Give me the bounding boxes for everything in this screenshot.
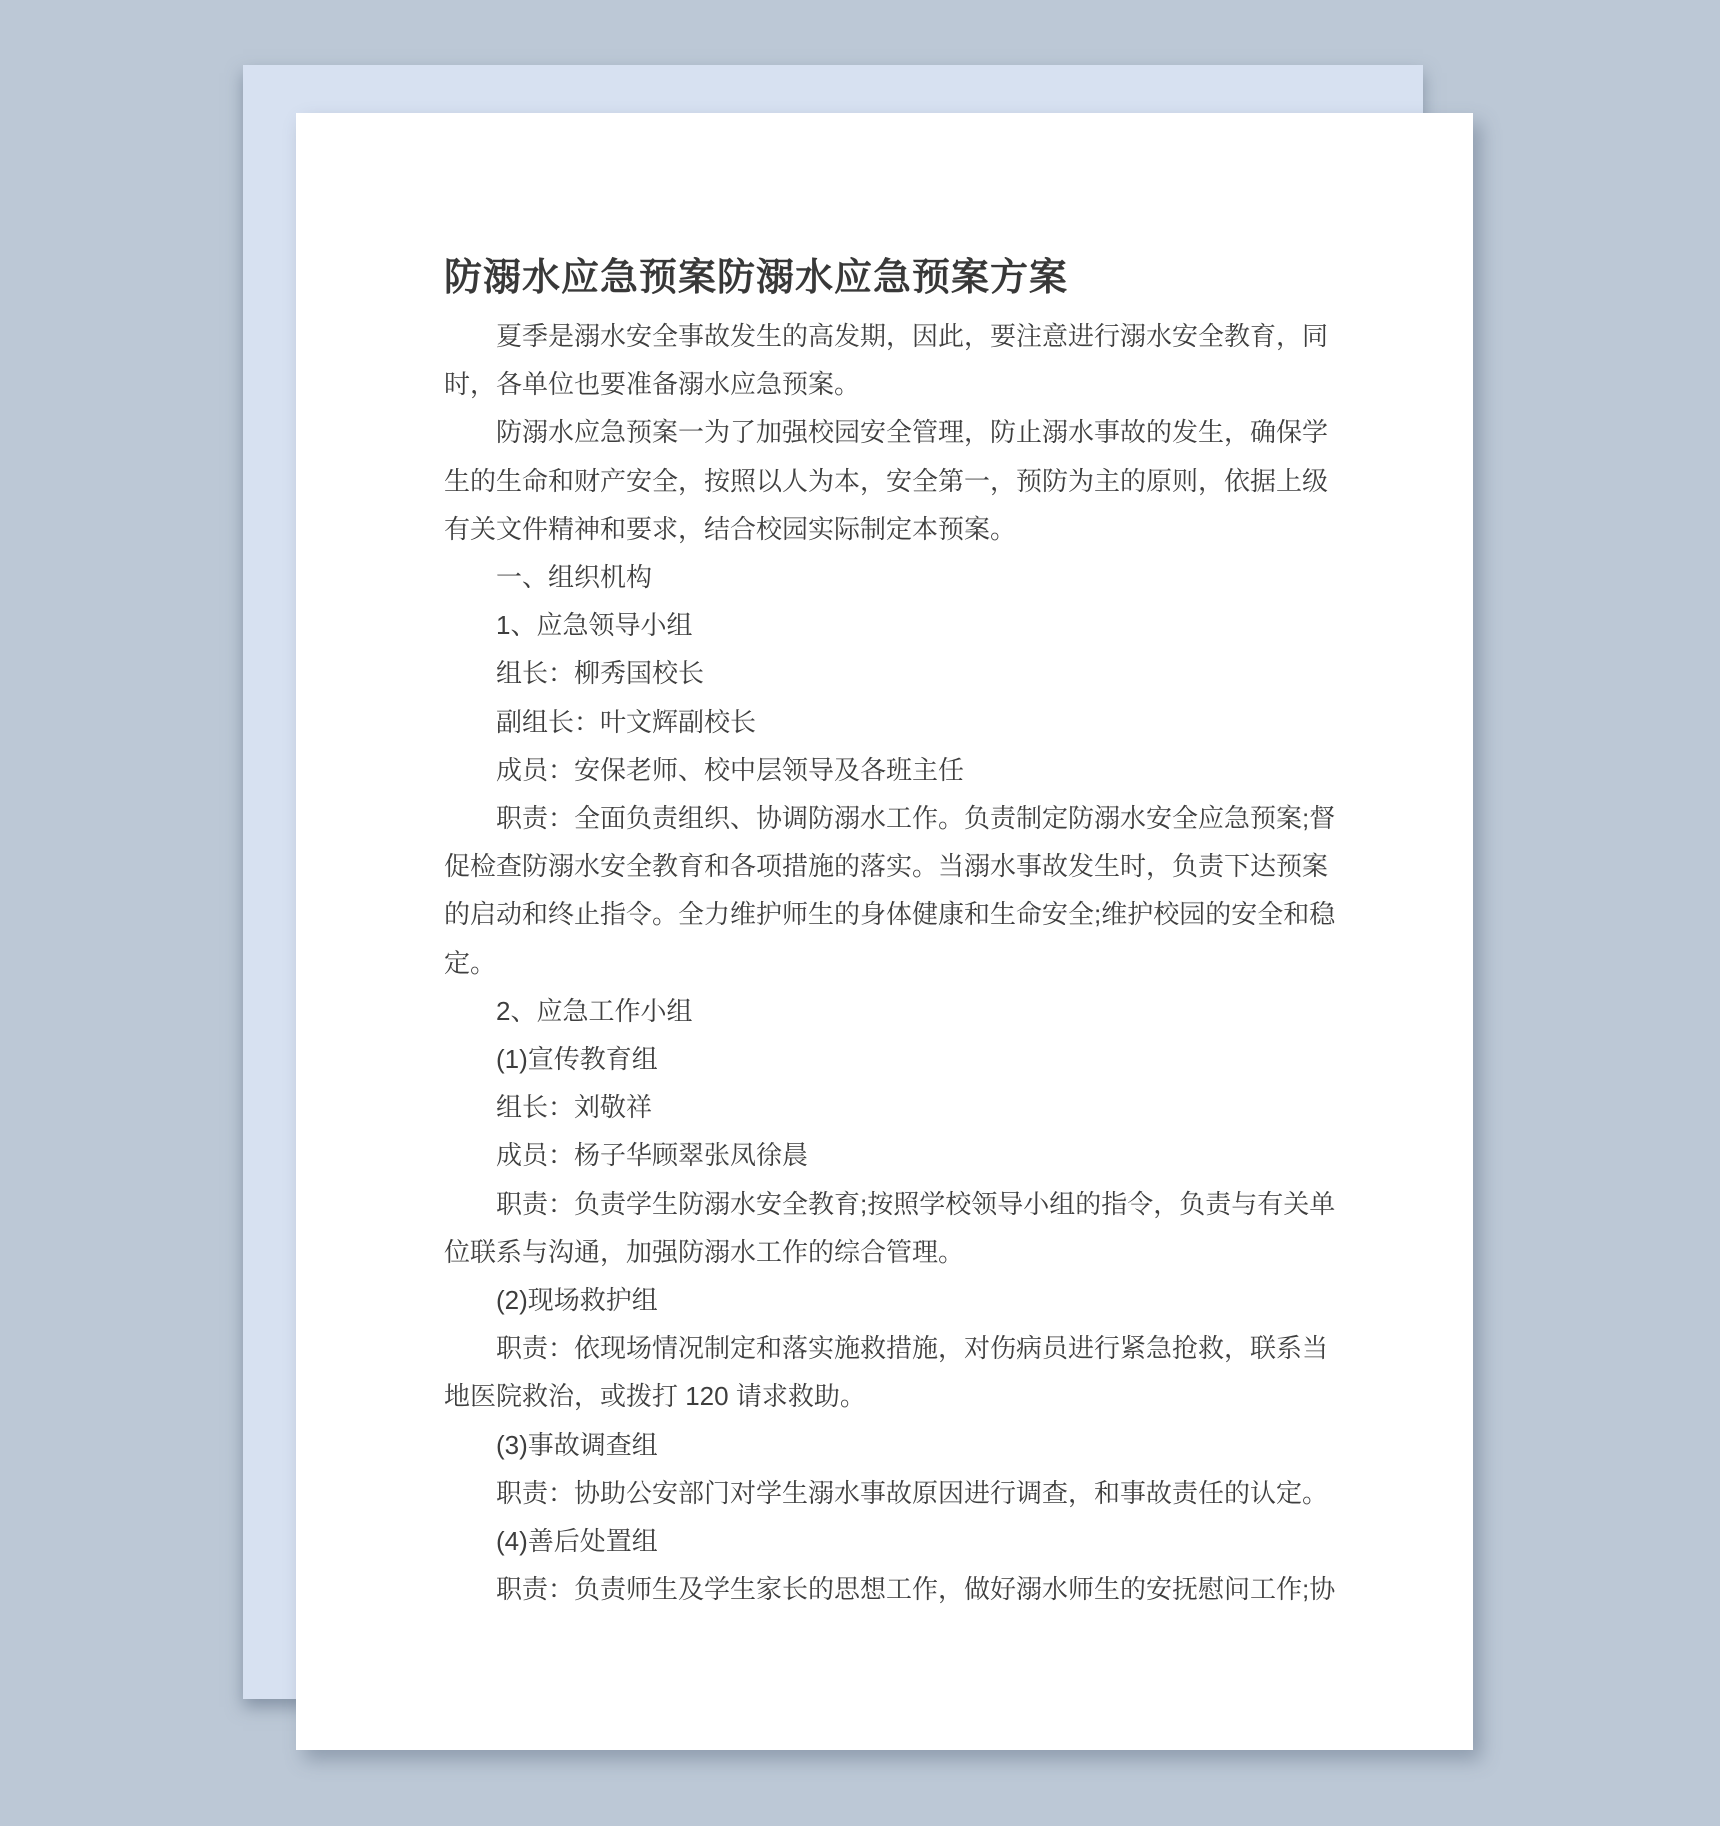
document-line: 2、应急工作小组 (444, 987, 1318, 1035)
document-line: 1、应急领导小组 (444, 601, 1318, 649)
document-page: 防溺水应急预案防溺水应急预案方案 夏季是溺水安全事故发生的高发期，因此，要注意进… (296, 113, 1473, 1750)
document-line: 生的生命和财产安全，按照以人为本，安全第一，预防为主的原则，依据上级 (444, 457, 1318, 505)
document-line: (2)现场救护组 (444, 1276, 1318, 1324)
document-line: (4)善后处置组 (444, 1517, 1318, 1565)
document-body: 夏季是溺水安全事故发生的高发期，因此，要注意进行溺水安全教育，同时，各单位也要准… (444, 312, 1318, 1613)
document-line: 职责：全面负责组织、协调防溺水工作。负责制定防溺水安全应急预案;督 (444, 794, 1318, 842)
document-line: 的启动和终止指令。全力维护师生的身体健康和生命安全;维护校园的安全和稳 (444, 890, 1318, 938)
document-line: 成员：安保老师、校中层领导及各班主任 (444, 746, 1318, 794)
document-line: 位联系与沟通，加强防溺水工作的综合管理。 (444, 1228, 1318, 1276)
document-line: 组长：柳秀国校长 (444, 649, 1318, 697)
document-line: 成员：杨子华顾翠张凤徐晨 (444, 1131, 1318, 1179)
document-line: 职责：协助公安部门对学生溺水事故原因进行调查，和事故责任的认定。 (444, 1469, 1318, 1517)
document-line: 夏季是溺水安全事故发生的高发期，因此，要注意进行溺水安全教育，同 (444, 312, 1318, 360)
document-line: 防溺水应急预案一为了加强校园安全管理，防止溺水事故的发生，确保学 (444, 408, 1318, 456)
document-line: 定。 (444, 939, 1318, 987)
document-line: 组长：刘敬祥 (444, 1083, 1318, 1131)
document-line: (1)宣传教育组 (444, 1035, 1318, 1083)
document-line: 促检查防溺水安全教育和各项措施的落实。当溺水事故发生时，负责下达预案 (444, 842, 1318, 890)
document-line: 职责：负责师生及学生家长的思想工作，做好溺水师生的安抚慰问工作;协 (444, 1565, 1318, 1613)
document-line: (3)事故调查组 (444, 1421, 1318, 1469)
desk-background: 防溺水应急预案防溺水应急预案方案 夏季是溺水安全事故发生的高发期，因此，要注意进… (0, 0, 1720, 1826)
document-line: 有关文件精神和要求，结合校园实际制定本预案。 (444, 505, 1318, 553)
document-line: 职责：依现场情况制定和落实施救措施，对伤病员进行紧急抢救，联系当 (444, 1324, 1318, 1372)
document-title: 防溺水应急预案防溺水应急预案方案 (444, 253, 1318, 303)
document-line: 地医院救治，或拨打 120 请求救助。 (444, 1372, 1318, 1420)
document-line: 职责：负责学生防溺水安全教育;按照学校领导小组的指令，负责与有关单 (444, 1180, 1318, 1228)
document-line: 副组长：叶文辉副校长 (444, 698, 1318, 746)
document-line: 时，各单位也要准备溺水应急预案。 (444, 360, 1318, 408)
document-line: 一、组织机构 (444, 553, 1318, 601)
